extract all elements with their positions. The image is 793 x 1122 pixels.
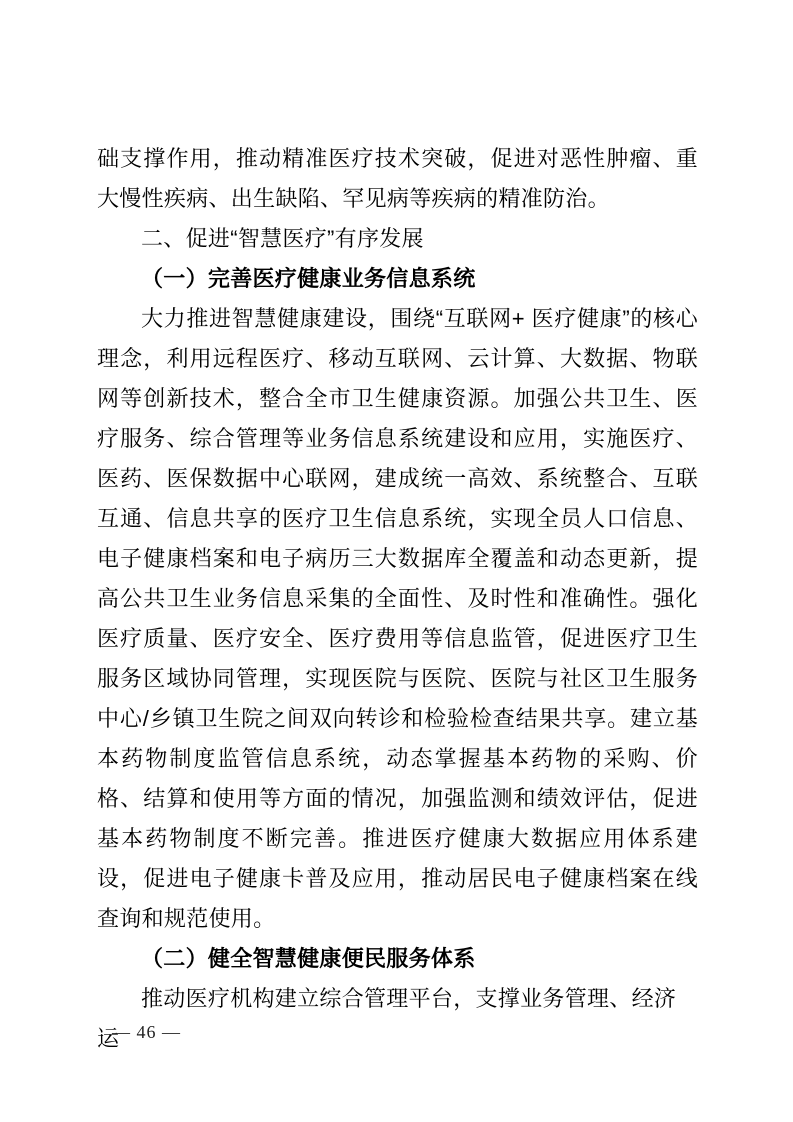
paragraph-continued: 础支撑作用，推动精准医疗技术突破，促进对恶性肿瘤、重大慢性疾病、出生缺陷、罕见病… [97, 139, 698, 219]
paragraph: 大力推进智慧健康建设，围绕“互联网+ 医疗健康”的核心理念，利用远程医疗、移动互… [97, 299, 698, 939]
subsection-heading-2: （二）健全智慧健康便民服务体系 [97, 939, 698, 979]
subsection-heading-1: （一）完善医疗健康业务信息系统 [97, 259, 698, 299]
section-heading: 二、促进“智慧医疗”有序发展 [97, 219, 698, 259]
document-body: 础支撑作用，推动精准医疗技术突破，促进对恶性肿瘤、重大慢性疾病、出生缺陷、罕见病… [97, 139, 698, 1059]
paragraph-truncated: 推动医疗机构建立综合管理平台，支撑业务管理、经济运 [97, 979, 698, 1059]
page-number: — 46 — [112, 1020, 181, 1044]
document-page: 础支撑作用，推动精准医疗技术突破，促进对恶性肿瘤、重大慢性疾病、出生缺陷、罕见病… [0, 0, 793, 1122]
